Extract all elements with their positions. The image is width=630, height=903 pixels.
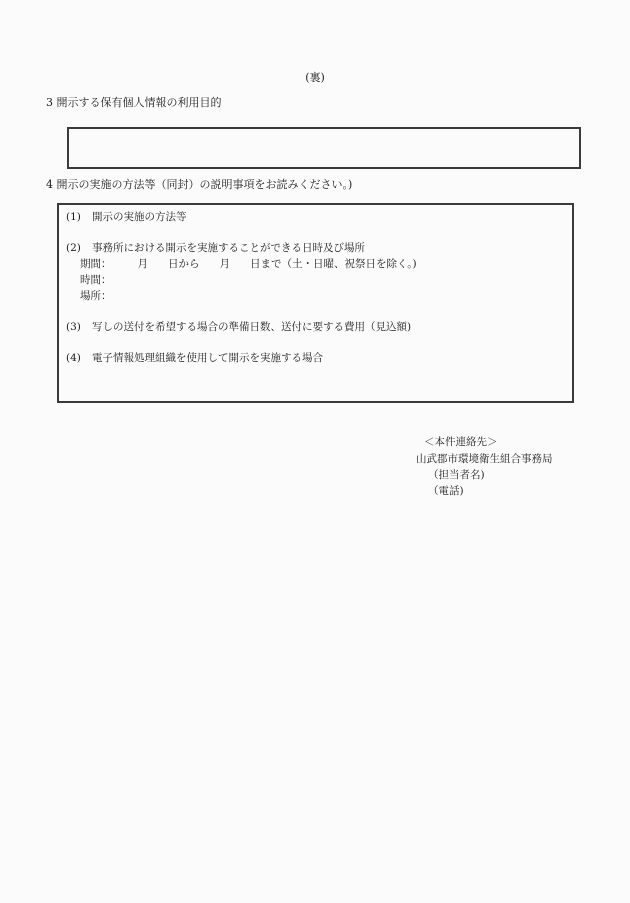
section-4-heading: 4 開示の実施の方法等（同封）の説明事項をお読みください。) — [46, 178, 352, 192]
item-3-number: (3) — [66, 320, 92, 334]
item-1: (1)開示の実施の方法等 — [66, 210, 187, 224]
contact-person: （担当者名) — [428, 468, 485, 482]
item-2-label: 事務所における開示を実施することができる日時及び場所 — [92, 242, 365, 254]
period-label: 期間： — [80, 258, 112, 270]
period-month-to: 月 — [220, 258, 231, 270]
item-1-number: (1) — [66, 210, 92, 224]
item-2: (2)事務所における開示を実施することができる日時及び場所 — [66, 241, 365, 255]
place-label: 場所： — [80, 289, 112, 303]
section-3-heading: 3 開示する保有個人情報の利用目的 — [46, 96, 222, 110]
contact-heading: ＜本件連絡先＞ — [424, 435, 498, 449]
item-4-label: 電子情報処理組織を使用して開示を実施する場合 — [92, 352, 323, 364]
contact-phone: （電話) — [428, 484, 464, 498]
period-day-to: 日まで（土・日曜、祝祭日を除く。) — [250, 258, 417, 270]
period-month-from: 月 — [138, 258, 149, 270]
item-3: (3)写しの送付を希望する場合の準備日数、送付に要する費用（見込額) — [66, 320, 411, 334]
item-2-number: (2) — [66, 241, 92, 255]
item-3-label: 写しの送付を希望する場合の準備日数、送付に要する費用（見込額) — [92, 321, 411, 333]
method-info-box — [57, 203, 574, 403]
contact-office: 山武郡市環境衛生組合事務局 — [416, 452, 553, 466]
purpose-input-box[interactable] — [67, 127, 581, 169]
item-4: (4)電子情報処理組織を使用して開示を実施する場合 — [66, 351, 323, 365]
period-row: 期間：月日から月日まで（土・日曜、祝祭日を除く。) — [80, 257, 417, 271]
period-day-from: 日から — [168, 258, 200, 270]
page-side-label: (裏) — [0, 71, 630, 85]
time-label: 時間： — [80, 273, 112, 287]
item-1-label: 開示の実施の方法等 — [92, 211, 187, 223]
item-4-number: (4) — [66, 351, 92, 365]
